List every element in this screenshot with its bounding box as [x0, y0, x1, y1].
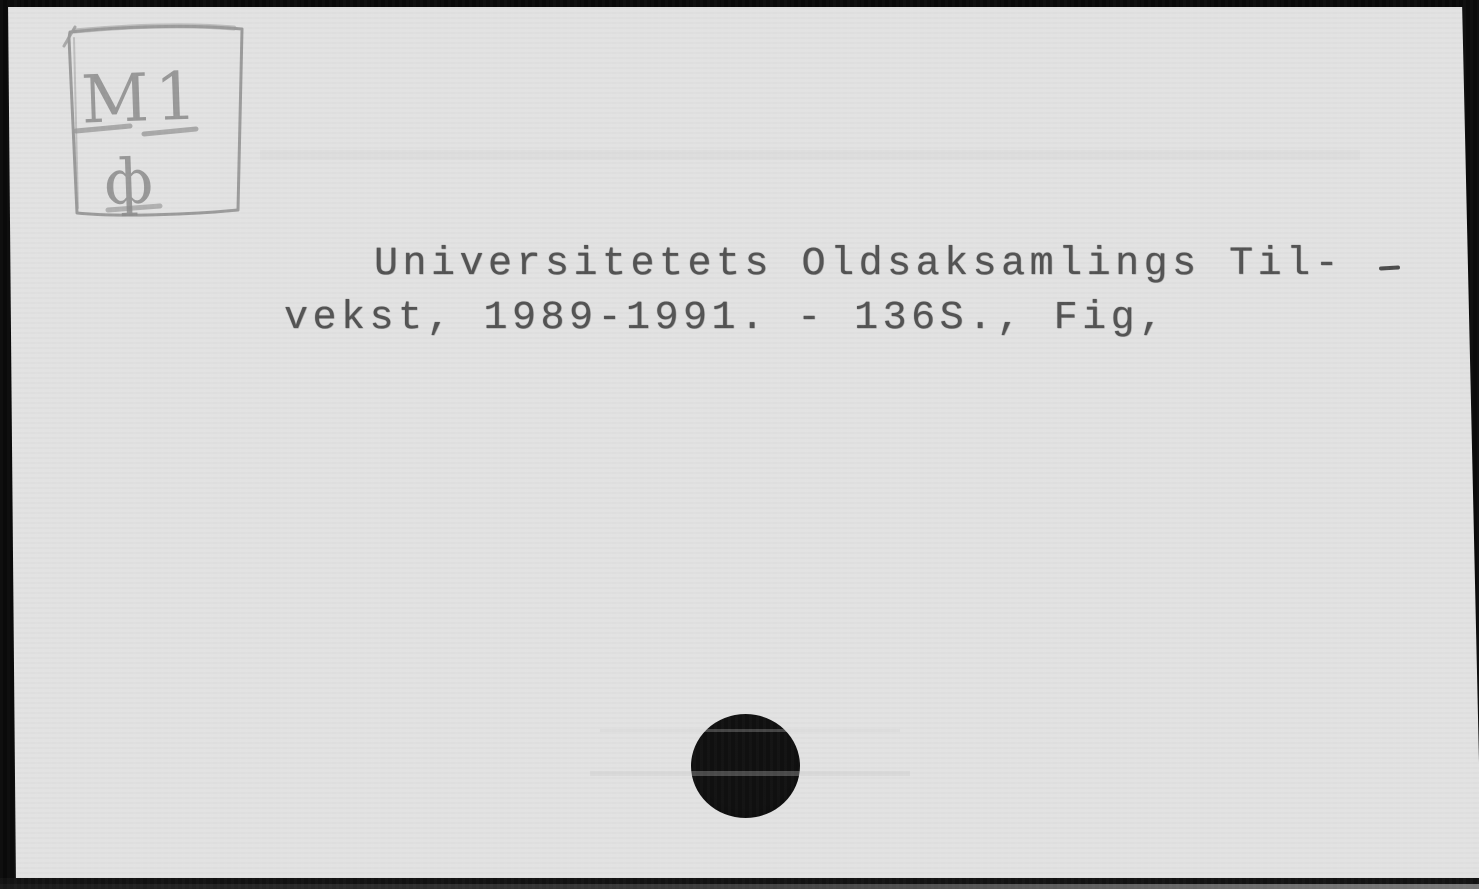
- scanned-catalog-card: М1 ф Universitetets Oldsaksamlings Til- …: [0, 0, 1479, 889]
- scan-bottom-residual-strip: [0, 884, 1479, 889]
- stamp-mark-bottom: ф: [103, 144, 154, 219]
- stamp-drawing: М1 ф: [56, 16, 256, 228]
- scan-top-border: [0, 0, 1479, 7]
- citation-line-2: vekst, 1989-1991. - 136S., Fig,: [284, 299, 1168, 339]
- scan-left-border: [0, 0, 18, 889]
- pen-mark: [1379, 265, 1400, 270]
- stamp-mark-top: М1: [80, 57, 204, 138]
- stamp-box: М1 ф: [56, 16, 256, 228]
- scan-right-border: [1462, 0, 1479, 762]
- scan-artifact-line-upper: [600, 729, 900, 732]
- citation-line-1: Universitetets Oldsaksamlings Til-: [374, 245, 1343, 285]
- scan-artifact-line-lower: [590, 771, 910, 776]
- scan-smudge-band: [260, 150, 1360, 160]
